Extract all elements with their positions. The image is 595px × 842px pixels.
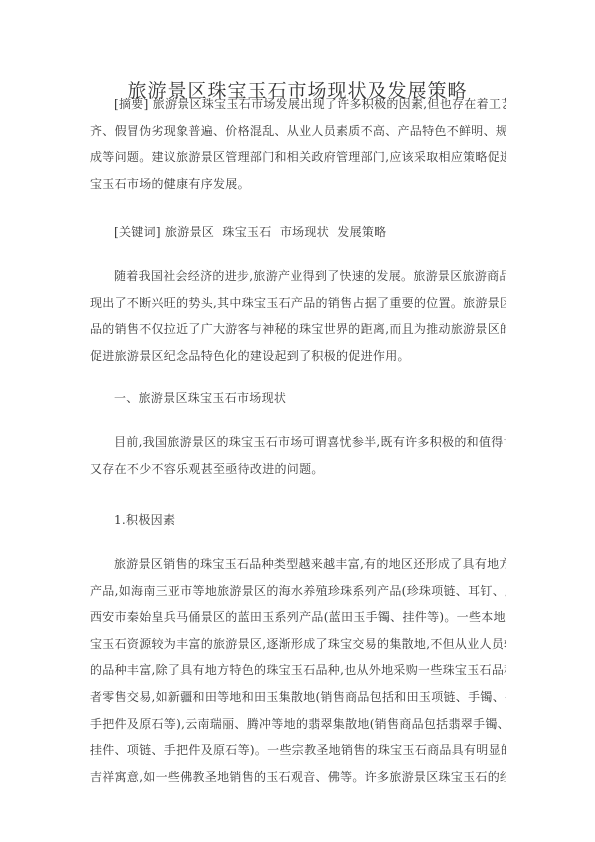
keywords-line: [关键词] 旅游景区 珠宝玉石 市场现状 发展策略 [90, 225, 386, 239]
subsection-1-line: 挂件、项链、手把件及原石等)。一些宗教圣地销售的珠宝玉石商品具有明显的宗教色彩和 [90, 737, 506, 764]
keywords-paragraph: [关键词] 旅游景区 珠宝玉石 市场现状 发展策略 [90, 219, 506, 246]
intro-line: 随着我国社会经济的进步,旅游产业得到了快速的发展。旅游景区旅游商品的销售也呈 [90, 263, 506, 290]
section-1-paragraph: 目前,我国旅游景区的珠宝玉石市场可谓喜忧参半,既有许多积极的和值得肯定的方面, … [90, 429, 506, 482]
abstract-line: 宝玉石市场的健康有序发展。 [90, 171, 506, 198]
section-1-line: 又存在不少不容乐观甚至亟待改进的问题。 [90, 456, 506, 483]
subsection-1-line: 产品,如海南三亚市等地旅游景区的海水养殖珍珠系列产品(珍珠项链、耳钉、胸针等),… [90, 578, 506, 605]
abstract-line: [摘要] 旅游景区珠宝玉石市场发展出现了许多积极的因素,但也存在着工艺质量参差不 [90, 91, 506, 118]
subsection-1-line: 手把件及原石等),云南瑞丽、腾冲等地的翡翠集散地(销售商品包括翡翠手镯、手链、戒… [90, 711, 506, 738]
intro-line: 现出了不断兴旺的势头,其中珠宝玉石产品的销售占据了重要的位置。旅游景区珠宝玉石商 [90, 290, 506, 317]
intro-line: 品的销售不仅拉近了广大游客与神秘的珠宝世界的距离,而且为推动旅游景区的市场繁荣和 [90, 316, 506, 343]
subsection-1-line: 吉祥寓意,如一些佛教圣地销售的玉石观音、佛等。许多旅游景区珠宝玉石的经营环境不断 [90, 764, 506, 791]
intro-line: 促进旅游景区纪念品特色化的建设起到了积极的促进作用。 [90, 343, 506, 370]
subsection-1-line: 宝玉石资源较为丰富的旅游景区,逐渐形成了珠宝交易的集散地,不但从业人员较多,且交… [90, 631, 506, 658]
abstract-line: 齐、假冒伪劣现象普遍、价格混乱、从业人员素质不高、产品特色不鲜明、规模经营尚未形 [90, 118, 506, 145]
section-1-heading: 一、旅游景区珠宝玉石市场现状 [90, 391, 286, 405]
subsection-1-line: 西安市秦始皇兵马俑景区的蓝田玉系列产品(蓝田玉手镯、挂件等)。一些本地或临近区域… [90, 604, 506, 631]
subsection-1-line: 者零售交易,如新疆和田等地和田玉集散地(销售商品包括和田玉项链、手镯、手链、挂件… [90, 684, 506, 711]
abstract-paragraph: [摘要] 旅游景区珠宝玉石市场发展出现了许多积极的因素,但也存在着工艺质量参差不… [90, 91, 506, 197]
section-1-line: 目前,我国旅游景区的珠宝玉石市场可谓喜忧参半,既有许多积极的和值得肯定的方面, [90, 429, 506, 456]
subsection-1-line: 的品种丰富,除了具有地方特色的珠宝玉石品种,也从外地采购一些珠宝玉石品种进行批发… [90, 657, 506, 684]
document-page: 旅游景区珠宝玉石市场现状及发展策略 [摘要] 旅游景区珠宝玉石市场发展出现了许多… [0, 0, 595, 842]
abstract-line: 成等问题。建议旅游景区管理部门和相关政府管理部门,应该采取相应策略促进旅游景区珠 [90, 144, 506, 171]
section-heading: 一、旅游景区珠宝玉石市场现状 [90, 385, 506, 412]
subsection-heading: 1.积极因素 [90, 507, 506, 534]
subsection-1-paragraph: 旅游景区销售的珠宝玉石品种类型越来越丰富,有的地区还形成了具有地方特色的系列 产… [90, 551, 506, 790]
subsection-1-line: 旅游景区销售的珠宝玉石品种类型越来越丰富,有的地区还形成了具有地方特色的系列 [90, 551, 506, 578]
intro-paragraph: 随着我国社会经济的进步,旅游产业得到了快速的发展。旅游景区旅游商品的销售也呈 现… [90, 263, 506, 369]
subsection-1-heading: 1.积极因素 [90, 513, 175, 527]
